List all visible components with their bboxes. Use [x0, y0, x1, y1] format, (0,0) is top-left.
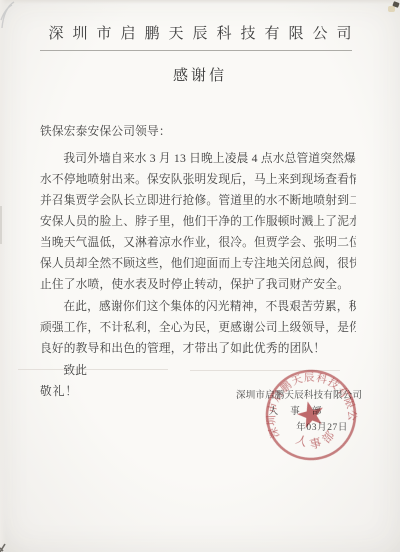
body-line: 水不停地喷射出来。保安队张明发现后，马上来到现场查看情况，	[40, 169, 356, 190]
letter-title: 感谢信	[0, 64, 400, 85]
letterhead-company-name: 深圳市启鹏天辰科技有限公司	[0, 22, 400, 43]
letterhead-divider	[40, 50, 352, 51]
body-line: 顽强工作，不计私利，全心为民，更感谢公司上级领导，是你们	[40, 317, 356, 338]
paragraph-2: 在此，感谢你们这个集体的闪光精神，不畏艰苦劳累，积极 顽强工作，不计私利，全心为…	[40, 296, 356, 359]
body-line: 并召集贾学会队长立即进行抢修。管道里的水不断地喷射到二位	[40, 190, 356, 211]
salutation: 铁保宏泰安保公司领导：	[40, 121, 356, 143]
body-line: 在此，感谢你们这个集体的闪光精神，不畏艰苦劳累，积极	[40, 296, 356, 317]
body-line: 我司外墙自来水 3 月 13 日晚上凌晨 4 点水总管道突然爆裂，	[40, 148, 356, 169]
letter-body: 铁保宏泰安保公司领导： 我司外墙自来水 3 月 13 日晚上凌晨 4 点水总管道…	[40, 121, 356, 402]
scan-edge-shadow-top	[0, 0, 400, 4]
scan-line-left-edge	[0, 206, 2, 244]
body-line: 止住了水喷，使水表及时停止转动，保护了我司财产安全。	[40, 274, 356, 295]
seal-star-icon	[295, 398, 327, 429]
smudge-topright	[388, 6, 395, 12]
body-line: 良好的教导和出色的管理，才带出了如此优秀的团队！	[40, 338, 356, 359]
body-line: 当晚天气温低，又淋着凉水作业，很冷。但贾学会、张明二位安	[40, 232, 356, 253]
ink-mark-bottomleft	[0, 543, 7, 552]
body-line: 保人员却全然不顾这些，他们迎面而上专注地关闭总阀，很快就	[40, 253, 356, 274]
body-line: 安保人员的脸上、脖子里，他们干净的工作服顿时溅上了泥水。	[40, 211, 356, 232]
paragraph-1: 我司外墙自来水 3 月 13 日晚上凌晨 4 点水总管道突然爆裂， 水不停地喷射…	[40, 148, 356, 295]
scanned-letter-page: 深圳市启鹏天辰科技有限公司 感谢信 铁保宏泰安保公司领导： 我司外墙自来水 3 …	[0, 0, 400, 552]
